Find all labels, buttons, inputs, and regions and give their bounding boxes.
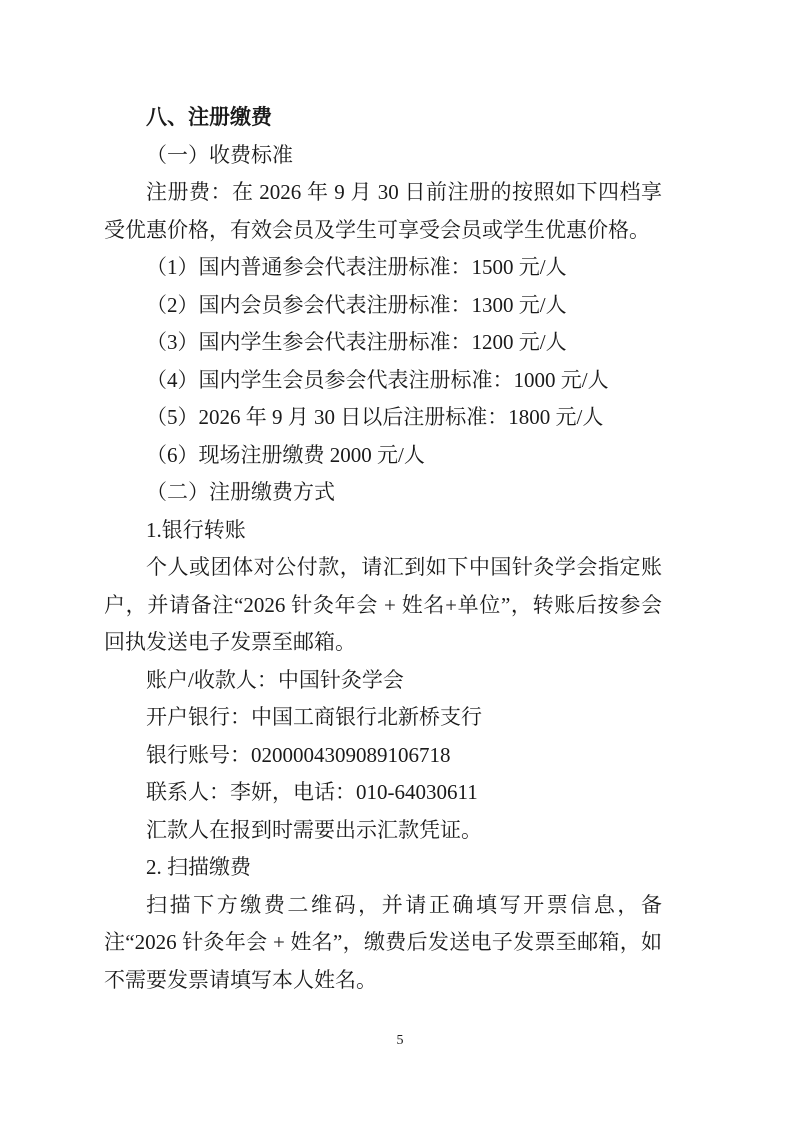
fee-intro-paragraph: 注册费：在 2026 年 9 月 30 日前注册的按照如下四档享受优惠价格，有效… (104, 174, 662, 249)
bank-name-line: 开户银行：中国工商银行北新桥支行 (104, 699, 662, 737)
contact-line: 联系人：李妍，电话：010-64030611 (104, 774, 662, 812)
account-name-line: 账户/收款人：中国针灸学会 (104, 662, 662, 700)
scan-payment-paragraph: 扫描下方缴费二维码，并请正确填写开票信息，备注“2026 针灸年会 + 姓名”，… (104, 887, 662, 1000)
fee-item-3: （3）国内学生参会代表注册标准：1200 元/人 (104, 324, 662, 362)
subsection-1-title: （一）收费标准 (104, 137, 662, 175)
section-heading: 八、注册缴费 (104, 99, 662, 137)
document-body: 八、注册缴费（一）收费标准注册费：在 2026 年 9 月 30 日前注册的按照… (104, 99, 662, 999)
fee-item-2: （2）国内会员参会代表注册标准：1300 元/人 (104, 287, 662, 325)
fee-item-6: （6）现场注册缴费 2000 元/人 (104, 437, 662, 475)
account-number-line: 银行账号：0200004309089106718 (104, 737, 662, 775)
page-number: 5 (0, 1032, 800, 1050)
fee-item-4: （4）国内学生会员参会代表注册标准：1000 元/人 (104, 362, 662, 400)
fee-item-1: （1）国内普通参会代表注册标准：1500 元/人 (104, 249, 662, 287)
document-page: 八、注册缴费（一）收费标准注册费：在 2026 年 9 月 30 日前注册的按照… (0, 0, 800, 1131)
bank-transfer-paragraph: 个人或团体对公付款，请汇到如下中国针灸学会指定账户，并请备注“2026 针灸年会… (104, 549, 662, 662)
remittance-note-line: 汇款人在报到时需要出示汇款凭证。 (104, 812, 662, 850)
fee-item-5: （5）2026 年 9 月 30 日以后注册标准：1800 元/人 (104, 399, 662, 437)
method-1-title: 1.银行转账 (104, 512, 662, 550)
subsection-2-title: （二）注册缴费方式 (104, 474, 662, 512)
method-2-title: 2. 扫描缴费 (104, 849, 662, 887)
